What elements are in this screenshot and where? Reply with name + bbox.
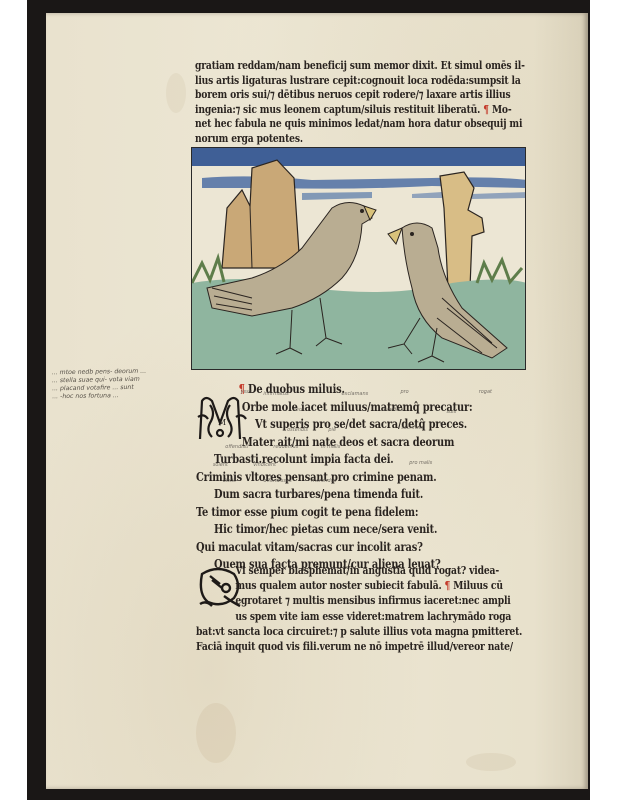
gloss: deos [293,407,305,413]
text-line: net hec fabula ne quis minimos ledat/nam… [195,116,474,131]
prose-block-top: gratiam reddam/nam beneficij sum memor d… [195,58,474,145]
gloss: in malis [321,444,340,450]
gloss: sacrificia [401,425,423,431]
text-line: lius artis ligaturas lustrare cepit:cogn… [195,73,474,88]
verse-line: Turbasti.recolunt impia facta dei. [196,451,475,469]
margin-annotation: ... mtoe nedb pens- deorum ... ... stell… [52,367,203,402]
verse-line: Hic timor/hec pietas cum nece/sera venit… [196,521,475,539]
gloss: merendus [311,478,336,484]
gloss: pie [328,427,336,433]
gloss: suis [447,409,457,415]
gloss: dictis [223,478,236,484]
paragraph-mark: ¶ [445,578,451,592]
gloss: ysse [241,389,252,395]
text-span: mus qualem autor noster subiecit fabulā. [235,578,441,592]
verse-line: Orbe mole iacet miluus/matremq̂ precatur… [196,399,475,417]
foxing-stain [466,753,516,771]
foxing-stain [166,73,186,113]
text-line: mus qualem autor noster subiecit fabulā.… [196,578,475,593]
gloss: offendisses [264,478,292,484]
verse-line: Dum sacra turbares/pena timenda fuit. [196,486,475,504]
commentary-block: Vi semper blasphemat/in angustia quid ro… [196,563,475,654]
gloss: sacrificia [381,407,403,413]
gloss: ostendis [287,427,308,433]
text-span: Mo- [492,102,512,116]
text-line: borem oris sui/⁊ dētibus neruos cepit ro… [195,87,474,102]
text-line: us spem vite iam esse videret:matrem lac… [196,609,475,624]
paragraph-mark: ¶ [483,102,489,116]
text-span: Miluus cū [453,578,503,592]
gloss: rogat [479,389,492,395]
verse-line: Te timor esse pium cogit te pena fidelem… [196,504,475,522]
text-line: egrotaret ⁊ multis mensibus infirmus iac… [196,593,475,608]
text-line: Faciā inquit quod vis fili.verum ne nō i… [196,639,475,654]
gloss: exclamans [341,391,368,397]
gloss: pro [400,389,408,395]
woodcut-illustration [191,147,526,370]
fable-title: ¶ De duobus miluis. [196,381,475,399]
foxing-stain [196,703,236,763]
gloss: offendisti [225,444,248,450]
text-span: ingenia:⁊ sic mus leonem captum/siluis r… [195,102,480,116]
gloss: pro malis [409,460,432,466]
verse-line: Qui maculat vitam/sacras cur incolit ara… [196,539,475,557]
text-line: Vi semper blasphemat/in angustia quid ro… [196,563,475,578]
gloss: reddemus [273,444,298,450]
text-line: ingenia:⁊ sic mus leonem captum/siluis r… [195,102,474,117]
gloss: solent [213,462,228,468]
gloss: vindicent [253,462,276,468]
text-line: gratiam reddam/nam beneficij sum memor d… [195,58,474,73]
text-line: bat:vt sancta loca circuiret:⁊ p salute … [196,624,475,639]
two-kites-woodcut [192,148,526,370]
text-line: norum erga potentes. [195,131,474,146]
gloss: infirmatus [263,391,288,397]
